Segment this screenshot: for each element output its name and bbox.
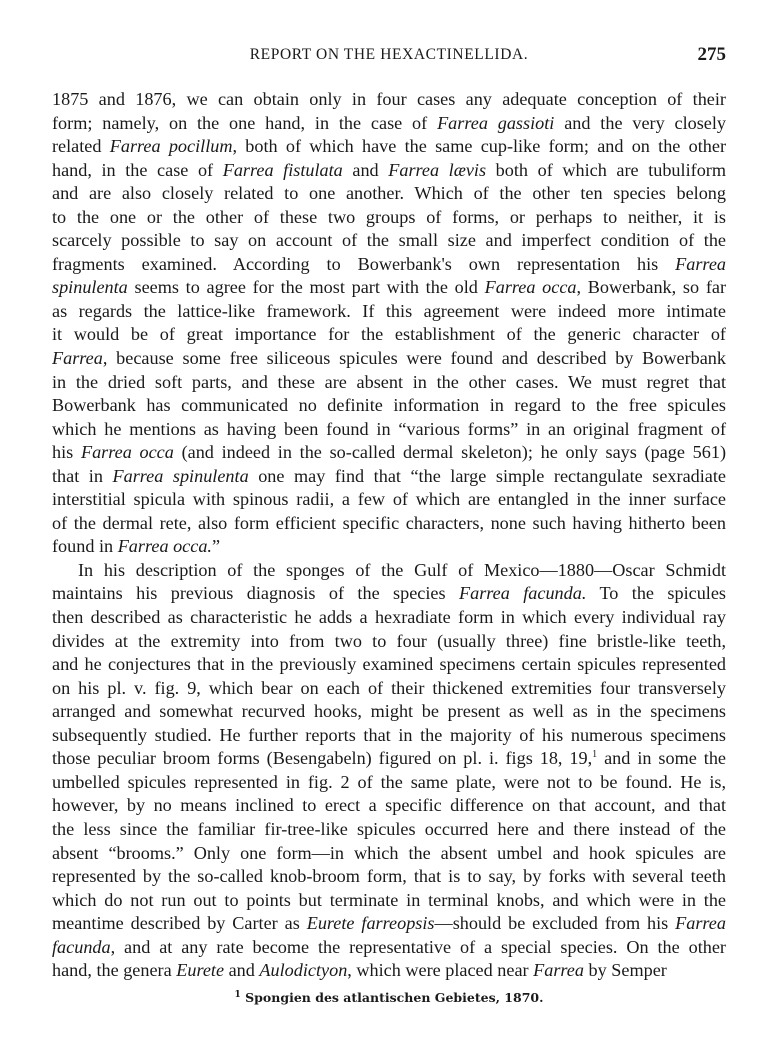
text-line: form; namely, on the one hand, in the ca… bbox=[52, 112, 726, 136]
text-line: subsequently studied. He further reports… bbox=[52, 724, 726, 748]
text-line: on his pl. v. fig. 9, which bear on each… bbox=[52, 677, 726, 701]
text-line: however, by no means inclined to erect a… bbox=[52, 794, 726, 818]
text-run: it would be of great importance for the … bbox=[52, 324, 726, 344]
text-run: In his description of the sponges of the… bbox=[78, 560, 726, 580]
italic-taxon-name: Farrea facunda. bbox=[459, 583, 586, 603]
text-line: hand, in the case of Farrea fistulata an… bbox=[52, 159, 726, 183]
italic-taxon-name: Farrea bbox=[533, 960, 584, 980]
running-title: REPORT ON THE HEXACTINELLIDA. bbox=[52, 46, 726, 64]
text-run: found in bbox=[52, 536, 118, 556]
text-run: fragments examined. According to Bowerba… bbox=[52, 254, 675, 274]
text-run: both of which are tubuliform bbox=[486, 160, 726, 180]
text-run: , both of which have the same cup-like f… bbox=[233, 136, 727, 156]
text-run: seems to agree for the most part with th… bbox=[128, 277, 485, 297]
text-run: however, by no means inclined to erect a… bbox=[52, 795, 726, 815]
text-run: , and at any rate become the representat… bbox=[111, 937, 726, 957]
text-run: meantime described by Carter as bbox=[52, 913, 307, 933]
text-line: as regards the lattice-like framework. I… bbox=[52, 300, 726, 324]
text-run: form; namely, on the one hand, in the ca… bbox=[52, 113, 437, 133]
text-line: interstitial spicula with spinous radii,… bbox=[52, 488, 726, 512]
text-run: (and indeed in the so-called dermal skel… bbox=[174, 442, 726, 462]
text-run: subsequently studied. He further reports… bbox=[52, 725, 726, 745]
text-line: Farrea, because some free siliceous spic… bbox=[52, 347, 726, 371]
italic-taxon-name: Eurete bbox=[176, 960, 224, 980]
text-line: his Farrea occa (and indeed in the so-ca… bbox=[52, 441, 726, 465]
text-run: , which were placed near bbox=[347, 960, 533, 980]
footnote: 1 Spongien des atlantischen Gebietes, 18… bbox=[52, 990, 726, 1005]
text-run: scarcely possible to say on account of t… bbox=[52, 230, 726, 250]
text-run: his bbox=[52, 442, 81, 462]
text-run: one may find that “the large simple rect… bbox=[249, 466, 726, 486]
text-run: hand, in the case of bbox=[52, 160, 223, 180]
text-run: and are also closely related to one anot… bbox=[52, 183, 726, 203]
italic-taxon-name: Farrea occa. bbox=[118, 536, 212, 556]
text-line: to the one or the other of these two gro… bbox=[52, 206, 726, 230]
text-line: absent “brooms.” Only one form—in which … bbox=[52, 842, 726, 866]
text-run: by Semper bbox=[584, 960, 667, 980]
text-run: To the spicules bbox=[586, 583, 726, 603]
italic-taxon-name: Farrea lævis bbox=[388, 160, 486, 180]
text-line: and he conjectures that in the previousl… bbox=[52, 653, 726, 677]
text-line: umbelled spicules represented in fig. 2 … bbox=[52, 771, 726, 795]
text-line: spinulenta seems to agree for the most p… bbox=[52, 276, 726, 300]
text-line: of the dermal rete, also form efficient … bbox=[52, 512, 726, 536]
text-run: , Bowerbank, so far bbox=[577, 277, 726, 297]
text-run: to the one or the other of these two gro… bbox=[52, 207, 726, 227]
italic-taxon-name: Farrea occa bbox=[485, 277, 577, 297]
text-run: umbelled spicules represented in fig. 2 … bbox=[52, 772, 726, 792]
text-run: maintains his previous diagnosis of the … bbox=[52, 583, 459, 603]
text-line: and are also closely related to one anot… bbox=[52, 182, 726, 206]
text-run: and bbox=[343, 160, 388, 180]
text-line: the less since the familiar fir-tree-lik… bbox=[52, 818, 726, 842]
text-line: found in Farrea occa.” bbox=[52, 535, 726, 559]
italic-taxon-name: Farrea spinulenta bbox=[113, 466, 249, 486]
text-run: Bowerbank has communicated no definite i… bbox=[52, 395, 726, 415]
text-run: , because some free siliceous spicules w… bbox=[103, 348, 726, 368]
text-line: In his description of the sponges of the… bbox=[52, 559, 726, 583]
text-run: arranged and somewhat recurved hooks, mi… bbox=[52, 701, 726, 721]
text-line: in the dried soft parts, and these are a… bbox=[52, 371, 726, 395]
text-line: meantime described by Carter as Eurete f… bbox=[52, 912, 726, 936]
paragraph: 1875 and 1876, we can obtain only in fou… bbox=[52, 88, 726, 559]
text-run: and bbox=[224, 960, 259, 980]
text-line: arranged and somewhat recurved hooks, mi… bbox=[52, 700, 726, 724]
page-number: 275 bbox=[698, 44, 727, 66]
text-run: which do not run out to points but termi… bbox=[52, 890, 726, 910]
text-run: those peculiar broom forms (Besengabeln)… bbox=[52, 748, 592, 768]
text-line: related Farrea pocillum, both of which h… bbox=[52, 135, 726, 159]
italic-taxon-name: Farrea bbox=[52, 348, 103, 368]
text-run: the less since the familiar fir-tree-lik… bbox=[52, 819, 726, 839]
text-line: Bowerbank has communicated no definite i… bbox=[52, 394, 726, 418]
text-line: facunda, and at any rate become the repr… bbox=[52, 936, 726, 960]
text-run: interstitial spicula with spinous radii,… bbox=[52, 489, 726, 509]
text-run: and in some the bbox=[597, 748, 726, 768]
italic-taxon-name: spinulenta bbox=[52, 277, 128, 297]
text-run: of the dermal rete, also form efficient … bbox=[52, 513, 726, 533]
text-run: —should be excluded from his bbox=[435, 913, 676, 933]
text-line: which do not run out to points but termi… bbox=[52, 889, 726, 913]
text-line: hand, the genera Eurete and Aulodictyon,… bbox=[52, 959, 726, 983]
text-run: ” bbox=[212, 536, 220, 556]
text-run: and he conjectures that in the previousl… bbox=[52, 654, 726, 674]
italic-taxon-name: Farrea fistulata bbox=[223, 160, 343, 180]
text-run: which he mentions as having been found i… bbox=[52, 419, 726, 439]
text-line: those peculiar broom forms (Besengabeln)… bbox=[52, 747, 726, 771]
text-line: scarcely possible to say on account of t… bbox=[52, 229, 726, 253]
italic-taxon-name: Farrea bbox=[675, 254, 726, 274]
text-line: it would be of great importance for the … bbox=[52, 323, 726, 347]
italic-taxon-name: Aulodictyon bbox=[259, 960, 347, 980]
text-run: and the very closely bbox=[554, 113, 726, 133]
italic-taxon-name: Farrea pocillum bbox=[110, 136, 233, 156]
italic-taxon-name: Farrea bbox=[675, 913, 726, 933]
italic-taxon-name: Farrea occa bbox=[81, 442, 174, 462]
text-run: on his pl. v. fig. 9, which bear on each… bbox=[52, 678, 726, 698]
text-run: hand, the genera bbox=[52, 960, 176, 980]
footnote-text: Spongien des atlantischen Gebietes, 1870… bbox=[241, 990, 544, 1005]
text-run: absent “brooms.” Only one form—in which … bbox=[52, 843, 726, 863]
text-run: 1875 and 1876, we can obtain only in fou… bbox=[52, 89, 726, 109]
body-text: 1875 and 1876, we can obtain only in fou… bbox=[52, 88, 726, 983]
text-run: related bbox=[52, 136, 110, 156]
italic-taxon-name: facunda bbox=[52, 937, 111, 957]
page-header: REPORT ON THE HEXACTINELLIDA. 275 bbox=[52, 44, 726, 68]
text-run: in the dried soft parts, and these are a… bbox=[52, 372, 726, 392]
text-line: then described as characteristic he adds… bbox=[52, 606, 726, 630]
paragraph: In his description of the sponges of the… bbox=[52, 559, 726, 983]
text-line: 1875 and 1876, we can obtain only in fou… bbox=[52, 88, 726, 112]
text-line: maintains his previous diagnosis of the … bbox=[52, 582, 726, 606]
text-line: divides at the extremity into from two t… bbox=[52, 630, 726, 654]
text-line: which he mentions as having been found i… bbox=[52, 418, 726, 442]
text-run: as regards the lattice-like framework. I… bbox=[52, 301, 726, 321]
text-run: divides at the extremity into from two t… bbox=[52, 631, 726, 651]
text-line: represented by the so-called knob-broom … bbox=[52, 865, 726, 889]
text-run: that in bbox=[52, 466, 113, 486]
text-run: then described as characteristic he adds… bbox=[52, 607, 726, 627]
italic-taxon-name: Eurete farreopsis bbox=[307, 913, 435, 933]
text-line: that in Farrea spinulenta one may find t… bbox=[52, 465, 726, 489]
text-run: represented by the so-called knob-broom … bbox=[52, 866, 726, 886]
italic-taxon-name: Farrea gassioti bbox=[437, 113, 554, 133]
text-line: fragments examined. According to Bowerba… bbox=[52, 253, 726, 277]
